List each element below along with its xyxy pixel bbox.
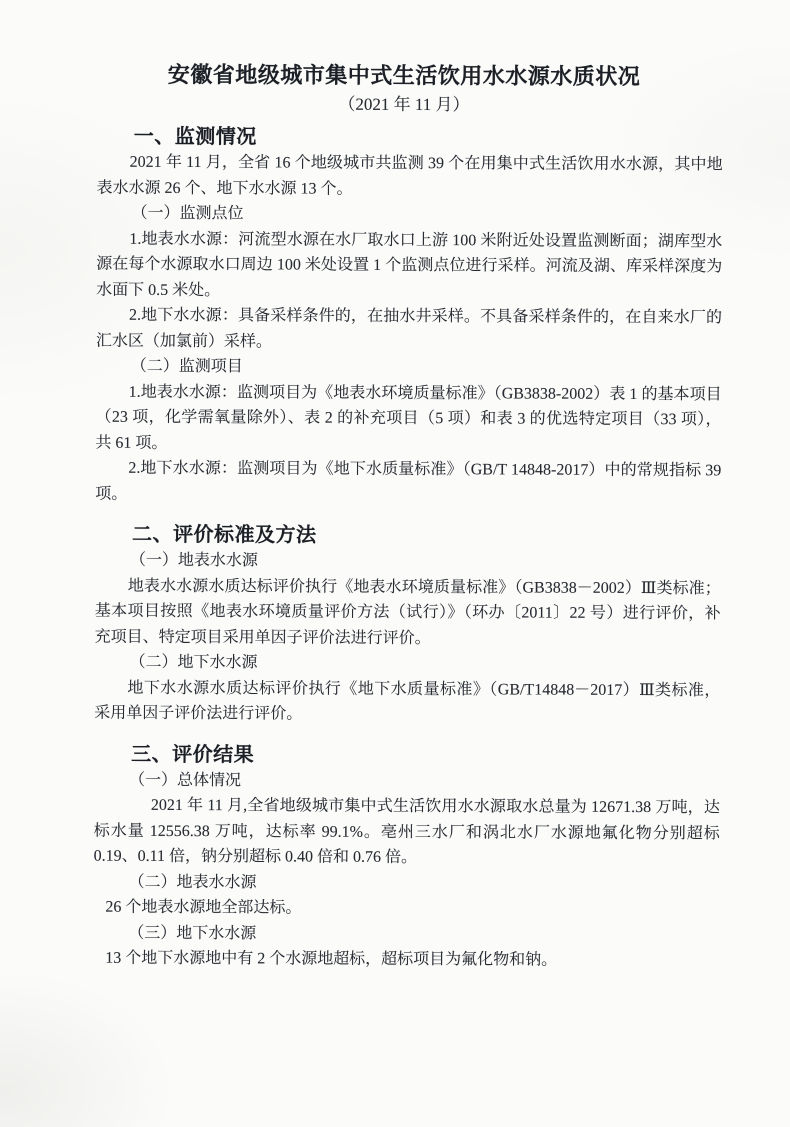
scanned-document-page: 安徽省地级城市集中式生活饮用水水源水质状况 （2021 年 11 月） 一、监测…	[0, 0, 790, 1127]
paragraph: 1.地表水水源：河流型水源在水厂取水口上游 100 米附近处设置监测断面；湖库型…	[96, 226, 722, 305]
paragraph: 1.地表水水源：监测项目为《地表水环境质量标准》（GB3838-2002）表 1…	[95, 379, 721, 458]
paragraph: 2.地下水水源：监测项目为《地下水质量标准》（GB/T 14848-2017）中…	[95, 456, 721, 510]
section: 三、评价结果（一）总体情况2021 年 11 月,全省地级城市集中式生活饮用水水…	[93, 741, 720, 974]
document-title: 安徽省地级城市集中式生活饮用水水源水质状况	[85, 60, 723, 93]
paragraph: 2021 年 11 月，全省 16 个地级城市共监测 39 个在用集中式生活饮用…	[97, 150, 723, 204]
subsection-heading: （一）总体情况	[94, 767, 720, 795]
subsection-heading: （一）监测点位	[96, 201, 722, 229]
document-subtitle: （2021 年 11 月）	[85, 91, 723, 120]
subsection-heading: （二）地表水水源	[93, 869, 719, 897]
section: 一、监测情况2021 年 11 月，全省 16 个地级城市共监测 39 个在用集…	[95, 124, 723, 510]
subsection-heading: （二）监测项目	[96, 354, 722, 382]
paragraph: 13 个地下水源地中有 2 个水源地超标，超标项目为氟化物和钠。	[93, 946, 719, 974]
section-heading: 二、评价标准及方法	[95, 522, 721, 551]
subsection-heading: （三）地下水水源	[93, 920, 719, 948]
paragraph: 地表水水源水质达标评价执行《地表水环境质量标准》（GB3838－2002）Ⅲ类标…	[95, 573, 721, 652]
document-sections: 一、监测情况2021 年 11 月，全省 16 个地级城市共监测 39 个在用集…	[93, 124, 723, 974]
paragraph: 2.地下水水源：具备采样条件的，在抽水井采样。不具备采样条件的，在自来水厂的汇水…	[96, 303, 722, 357]
document-content: 安徽省地级城市集中式生活饮用水水源水质状况 （2021 年 11 月） 一、监测…	[93, 0, 723, 974]
section-heading: 三、评价结果	[94, 741, 720, 770]
section: 二、评价标准及方法（一）地表水水源地表水水源水质达标评价执行《地表水环境质量标准…	[94, 522, 721, 729]
section-heading: 一、监测情况	[97, 124, 723, 153]
paragraph: 26 个地表水源地全部达标。	[93, 895, 719, 923]
paragraph: 2021 年 11 月,全省地级城市集中式生活饮用水水源取水总量为 12671.…	[94, 793, 720, 872]
subsection-heading: （二）地下水水源	[94, 650, 720, 678]
subsection-heading: （一）地表水水源	[95, 548, 721, 576]
paragraph: 地下水水源水质达标评价执行《地下水质量标准》（GB/T14848－2017）Ⅲ类…	[94, 675, 720, 729]
